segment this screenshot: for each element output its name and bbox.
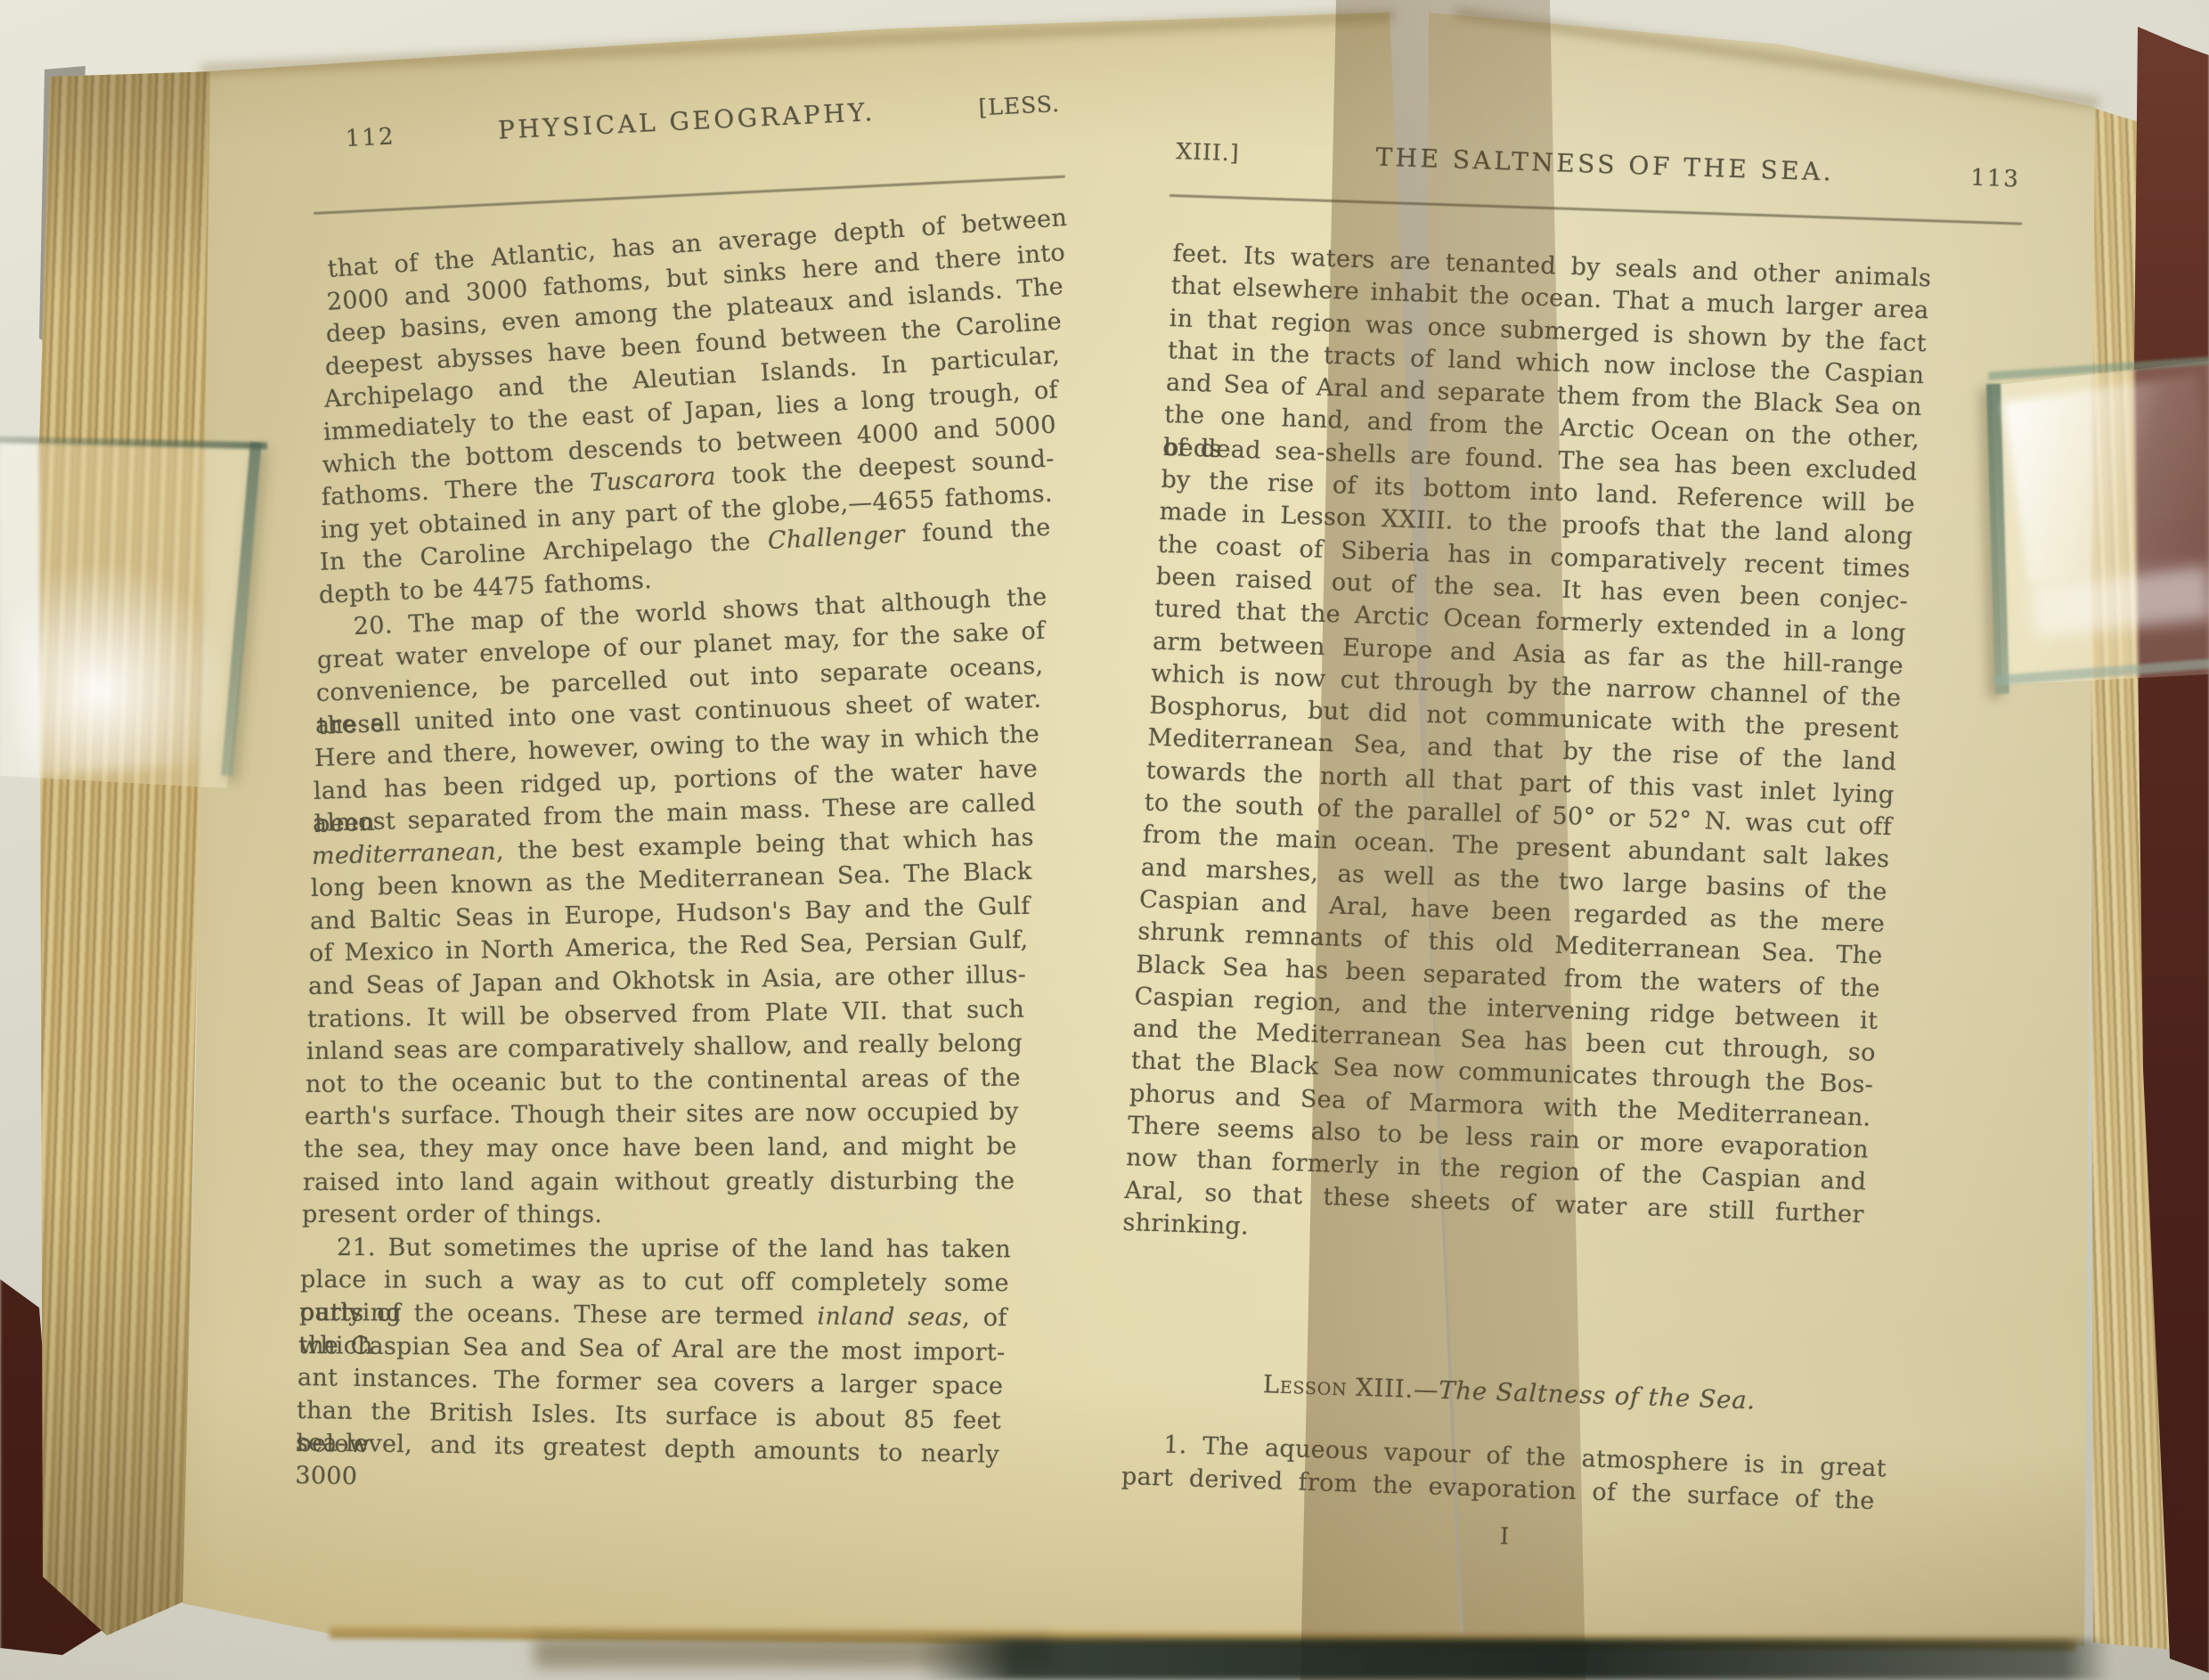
text-line: 21. But sometimes the uprise of the land… [301,1232,1011,1267]
left-header-rule [314,175,1065,215]
glass-weight-right [1979,352,2209,708]
text-line: place in such a way as to cut off comple… [300,1264,1009,1301]
right-header-chapter: XIII.] [1176,138,1240,166]
glass-reflection [2003,375,2209,583]
text-line: raised into land again without greatly d… [303,1165,1015,1199]
text-line: present order of things. [302,1199,1013,1232]
left-page-number: 112 [345,123,395,152]
glass-reflection [6,559,229,778]
glass-weight-left [0,432,285,797]
left-header-catchword: [LESS. [978,91,1061,120]
text-line: not to the oceanic but to the continenta… [306,1062,1021,1101]
text-line: the sea, they may once have been land, a… [304,1131,1017,1167]
right-page-number: 113 [1970,165,2021,193]
text-line: parts of the oceans. These are termed in… [299,1297,1007,1335]
photo-open-book: 112 PHYSICAL GEOGRAPHY. [LESS. that of t… [0,0,2209,1680]
text-line: earth's surface. Though their sites are … [305,1097,1019,1134]
left-page-text: 112 PHYSICAL GEOGRAPHY. [LESS. that of t… [314,125,1071,1460]
left-page-body: that of the Atlantic, has an average dep… [314,254,1071,1460]
book-bottom-shadow-dark [917,1639,2111,1680]
